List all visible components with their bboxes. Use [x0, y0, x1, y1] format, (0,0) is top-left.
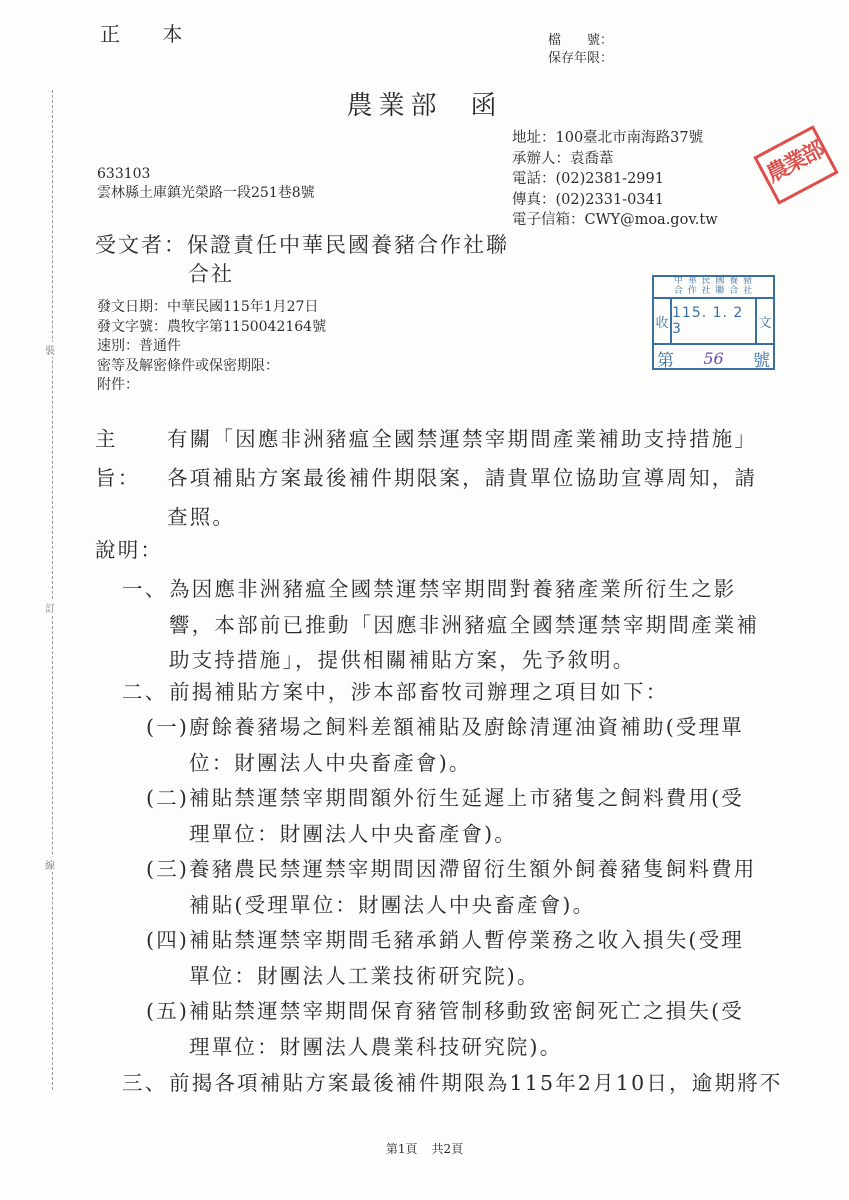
subject-line: 各項補貼方案最後補件期限案，請貴單位協助宣導周知，請 [167, 459, 849, 498]
document-meta: 發文日期：中華民國115年1月27日 發文字號：農牧字第1150042164號 … [97, 298, 326, 396]
phone: 電話：(02)2381-2991 [512, 169, 718, 190]
contact-block: 地址：100臺北市南海路37號 承辦人：袁喬葦 電話：(02)2381-2991… [512, 128, 718, 231]
subject-line: 查照。 [167, 498, 849, 537]
recipient-address: 雲林縣土庫鎮光榮路一段251巷8號 [97, 184, 315, 203]
stamp-doc-char: 文 [757, 299, 773, 343]
sender-address: 地址：100臺北市南海路37號 [512, 128, 718, 149]
stamp-suffix: 號 [753, 346, 770, 371]
document-title: 農業部函 [0, 85, 849, 122]
stamp-prefix: 第 [657, 346, 674, 371]
page-number: 第1頁 [386, 1142, 418, 1156]
binding-mark-ding: 訂 [45, 600, 55, 615]
fax: 傳真：(02)2331-0341 [512, 190, 718, 211]
binding-mark-zhuang: 裝 [45, 342, 55, 357]
retention-label: 保存年限： [548, 50, 613, 68]
stamp-date: 115. 1. 2 3 [670, 299, 757, 343]
page-total: 共2頁 [432, 1142, 464, 1156]
handler: 承辦人：袁喬葦 [512, 149, 718, 170]
stamp-number: 56 [703, 349, 723, 368]
recipient: 受文者：保證責任中華民國養豬合作社聯 合社 [95, 231, 509, 289]
file-number-label: 檔 號： [548, 32, 613, 50]
stamp-receive-char: 收 [654, 299, 670, 343]
subject-label: 主旨： [95, 420, 140, 498]
recipient-name-line1: 保證責任中華民國養豬合作社聯 [187, 233, 509, 257]
copy-mark: 正 本 [100, 18, 200, 47]
binding-mark-xian: 線 [45, 857, 55, 872]
binding-line [52, 90, 53, 1090]
recipient-label: 受文者： [95, 233, 187, 257]
stamp-org: 中 華 民 國 養 豬 合 作 社 聯 合 社 [654, 277, 773, 299]
agency-name: 農業部 [346, 91, 442, 121]
file-info: 檔 號： 保存年限： [548, 32, 613, 68]
page-footer: 第1頁共2頁 [0, 1140, 849, 1157]
zip-code: 633103 [97, 165, 315, 184]
postal-address: 633103 雲林縣土庫鎮光榮路一段251巷8號 [97, 165, 315, 203]
issue-date: 發文日期：中華民國115年1月27日 [97, 298, 326, 318]
recipient-name-line2: 合社 [95, 260, 509, 289]
doc-type: 函 [471, 91, 503, 121]
email: 電子信箱：CWY@moa.gov.tw [512, 210, 718, 231]
explanation-label: 說明： [95, 531, 163, 570]
attachments: 附件： [97, 376, 326, 396]
speed-class: 速別：普通件 [97, 337, 326, 357]
reference-number: 發文字號：農牧字第1150042164號 [97, 318, 326, 338]
receipt-stamp: 中 華 民 國 養 豬 合 作 社 聯 合 社 收 115. 1. 2 3 文 … [652, 275, 775, 370]
official-seal-stamp: 農業部 [753, 125, 838, 205]
subject-line: 有關「因應非洲豬瘟全國禁運禁宰期間產業補助支持措施」 [167, 420, 849, 459]
secrecy-level: 密等及解密條件或保密期限： [97, 357, 326, 377]
